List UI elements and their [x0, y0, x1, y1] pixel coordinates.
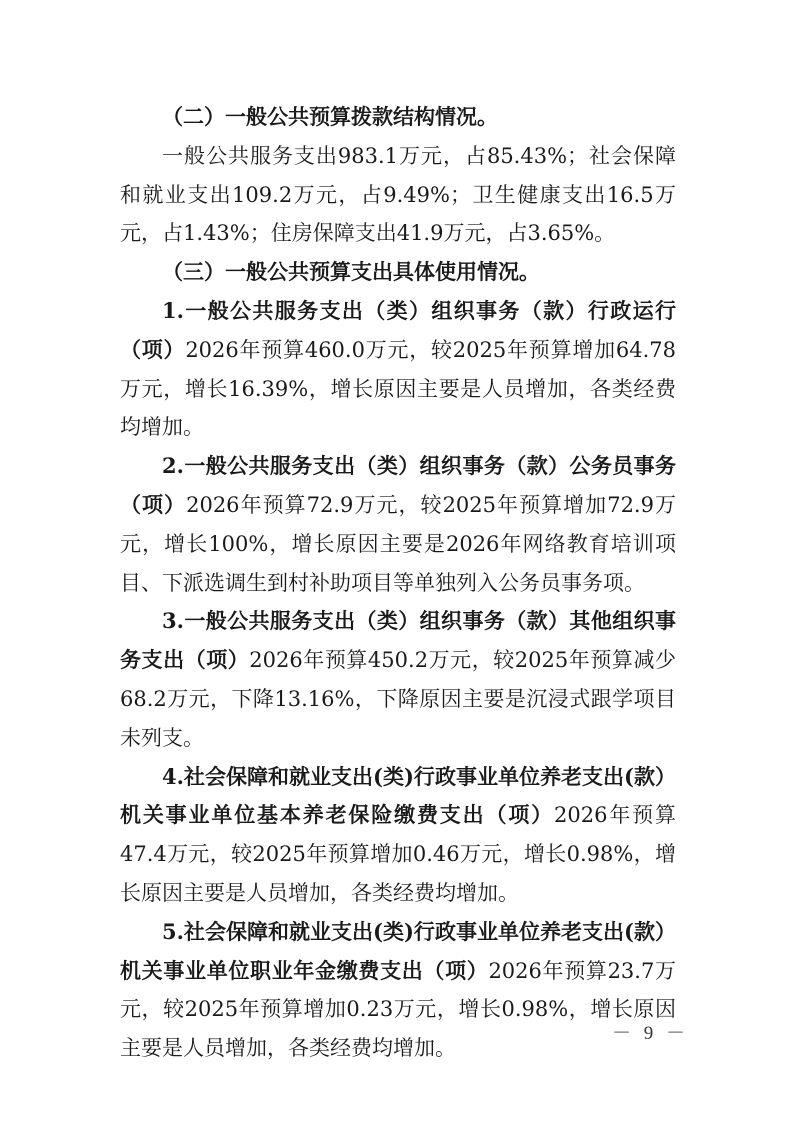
paragraph-budget-structure: 一般公共服务支出983.1万元，占85.43%；社会保障和就业支出109.2万元… [120, 137, 676, 253]
item-body: 2026年预算72.9万元，较2025年预算增加72.9万元，增长100%，增长… [120, 493, 676, 595]
expenditure-item-4: 4.社会保障和就业支出(类)行政事业单位养老支出(款）机关事业单位基本养老保险缴… [120, 758, 676, 913]
expenditure-item-1: 1.一般公共服务支出（类）组织事务（款）行政运行（项）2026年预算460.0万… [120, 292, 676, 447]
document-page: （二）一般公共预算拨款结构情况。 一般公共服务支出983.1万元，占85.43%… [120, 98, 676, 1068]
section-heading-expenditure-usage: （三）一般公共预算支出具体使用情况。 [120, 253, 676, 292]
expenditure-item-5: 5.社会保障和就业支出(类)行政事业单位养老支出(款）机关事业单位职业年金缴费支… [120, 913, 676, 1068]
expenditure-item-2: 2.一般公共服务支出（类）组织事务（款）公务员事务（项）2026年预算72.9万… [120, 447, 676, 602]
item-body: 2026年预算460.0万元，较2025年预算增加64.78万元，增长16.39… [120, 338, 676, 440]
page-number: － 9 － [612, 1018, 689, 1045]
section-heading-budget-structure: （二）一般公共预算拨款结构情况。 [120, 98, 676, 137]
expenditure-item-3: 3.一般公共服务支出（类）组织事务（款）其他组织事务支出（项）2026年预算45… [120, 602, 676, 757]
